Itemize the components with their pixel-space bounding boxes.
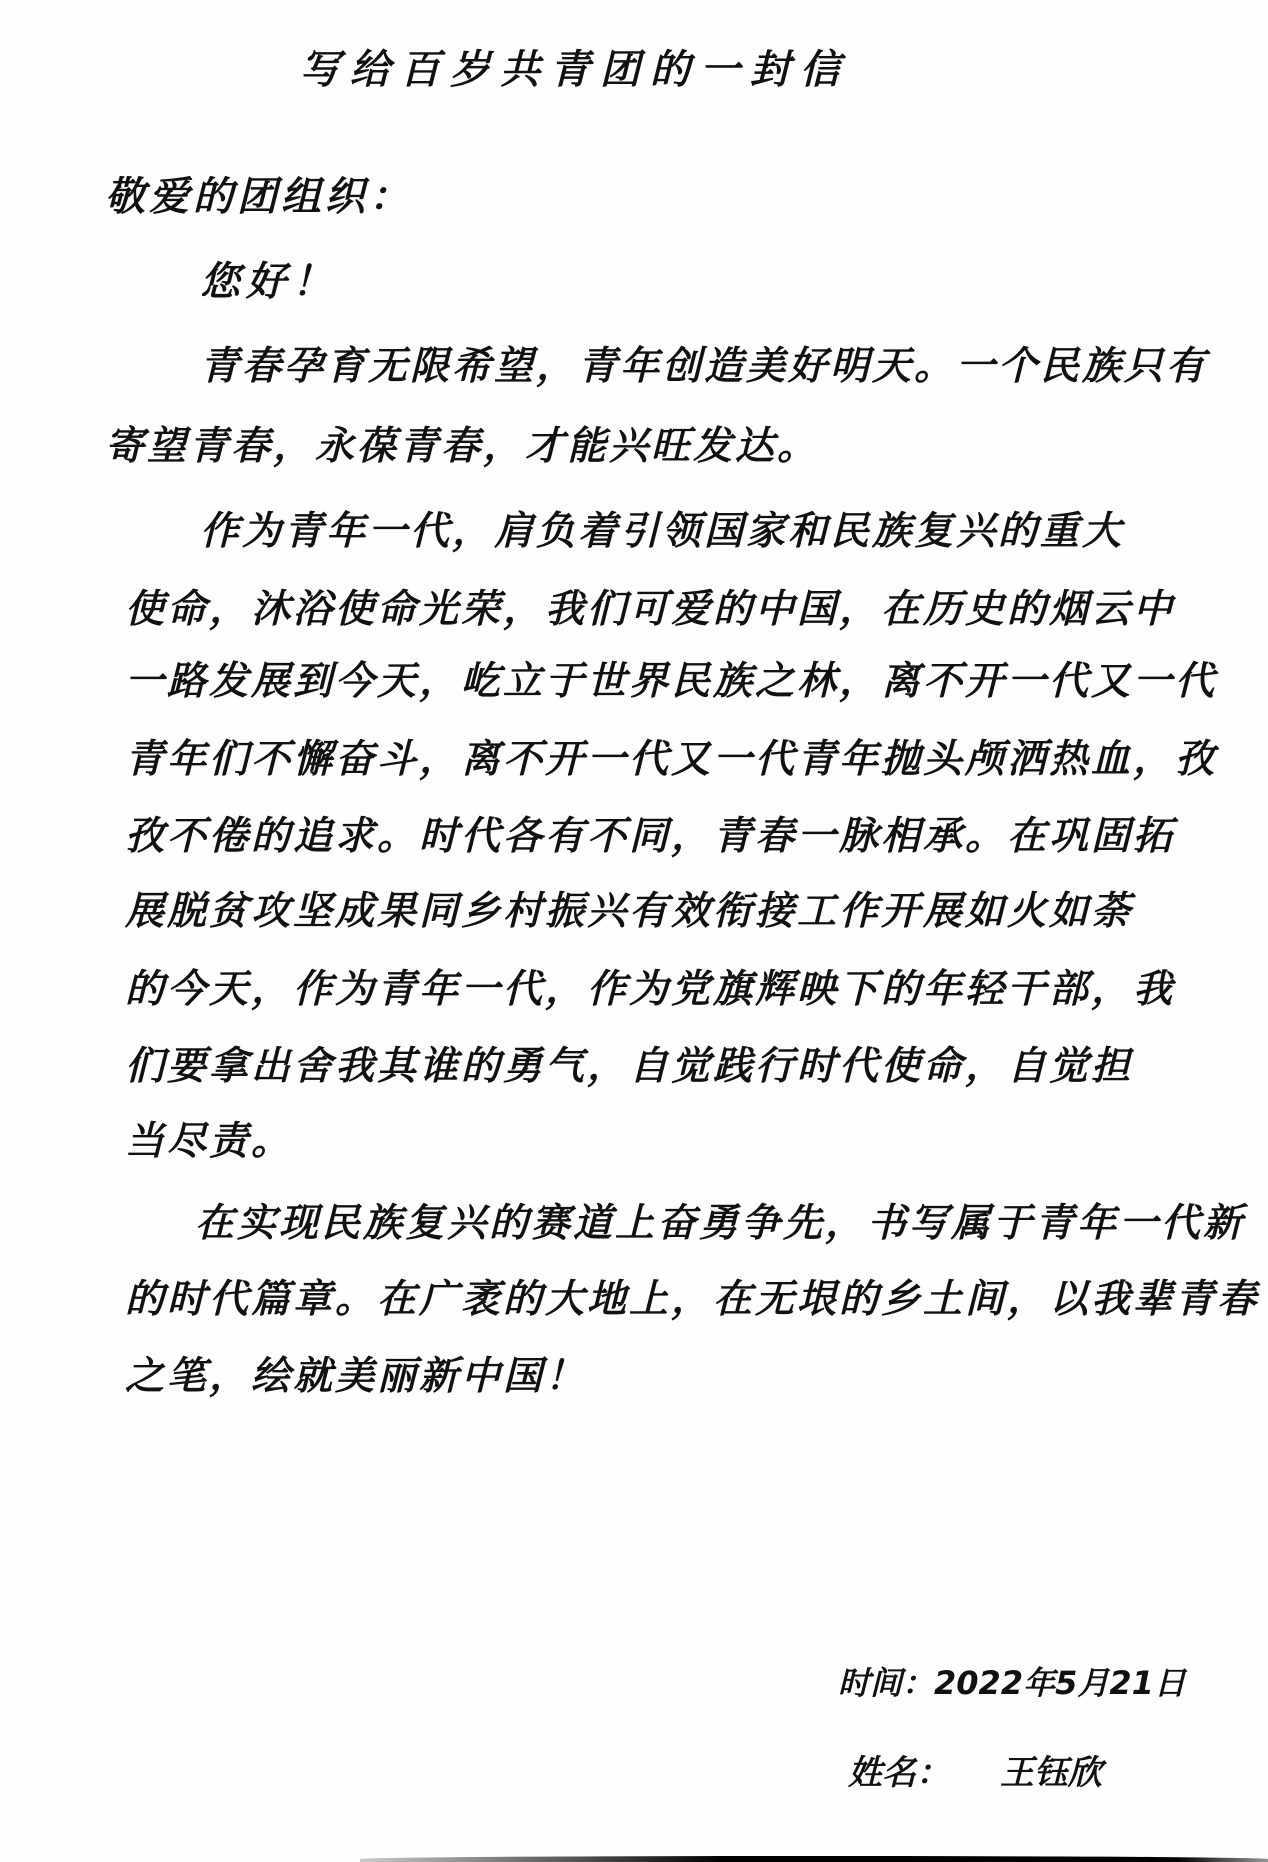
name-label: 姓名： xyxy=(848,1753,950,1793)
body-line: 青年们不懈奋斗，离不开一代又一代青年抛头颅洒热血，孜 xyxy=(125,728,1217,784)
body-line: 使命，沐浴使命光荣，我们可爱的中国，在历史的烟云中 xyxy=(125,578,1175,634)
body-line: 在实现民族复兴的赛道上奋勇争先，书写属于青年一代新 xyxy=(195,1192,1245,1248)
letter-page: 写给百岁共青团的一封信 敬爱的团组织： 您好！ 青春孕育无限希望，青年创造美好明… xyxy=(0,0,1268,1862)
date-value: 2022年5月21日 xyxy=(934,1664,1186,1702)
body-line: 孜不倦的追求。时代各有不同，青春一脉相承。在巩固拓 xyxy=(125,805,1175,861)
body-line: 一路发展到今天，屹立于世界民族之林，离不开一代又一代 xyxy=(125,650,1217,706)
body-line: 的时代篇章。在广袤的大地上，在无垠的乡土间，以我辈青春 xyxy=(125,1268,1259,1324)
body-line: 寄望青春，永葆青春，才能兴旺发达。 xyxy=(105,415,819,471)
letter-title: 写给百岁共青团的一封信 xyxy=(300,38,850,95)
body-line: 展脱贫攻坚成果同乡村振兴有效衔接工作开展如火如荼 xyxy=(125,880,1133,936)
name-value: 王钰欣 xyxy=(1000,1753,1102,1793)
signature-line: 姓名：王钰欣 xyxy=(848,1745,1102,1794)
body-line: 的今天，作为青年一代，作为党旗辉映下的年轻干部，我 xyxy=(125,958,1175,1014)
date-line: 时间：2022年5月21日 xyxy=(838,1658,1186,1704)
body-line: 青春孕育无限希望，青年创造美好明天。一个民族只有 xyxy=(200,335,1208,391)
body-line: 们要拿出舍我其谁的勇气，自觉践行时代使命，自觉担 xyxy=(125,1035,1133,1091)
greeting: 您好！ xyxy=(200,250,338,307)
body-line: 之笔，绘就美丽新中国！ xyxy=(125,1345,587,1401)
salutation: 敬爱的团组织： xyxy=(105,165,413,222)
body-line: 作为青年一代，肩负着引领国家和民族复兴的重大 xyxy=(200,500,1124,556)
body-line: 当尽责。 xyxy=(125,1110,293,1166)
date-label: 时间： xyxy=(838,1664,934,1702)
page-edge-shadow xyxy=(360,1856,1268,1862)
